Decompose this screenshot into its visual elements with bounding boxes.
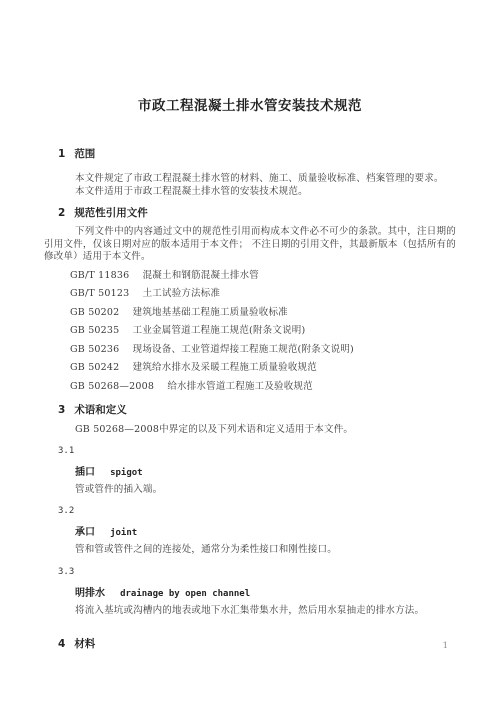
page-number: 1 bbox=[443, 641, 448, 651]
reference-title: 土工试验方法标准 bbox=[143, 288, 221, 301]
reference-item: GB 50268—2008 给水排水管道工程施工及验收规范 bbox=[44, 381, 456, 394]
document-page: 市政工程混凝土排水管安装技术规范 1 范围 本文件规定了市政工程混凝土排水管的材… bbox=[0, 0, 500, 707]
reference-item: GB 50242 建筑给水排水及采暖工程施工质量验收规范 bbox=[44, 362, 456, 375]
reference-code: GB 50235 bbox=[70, 325, 119, 338]
term-chinese: 插口 bbox=[75, 467, 95, 478]
reference-title: 现场设备、工业管道焊接工程施工规范(附条文说明) bbox=[133, 344, 354, 357]
reference-code: GB 50242 bbox=[70, 362, 119, 375]
term-clause-number: 3.2 bbox=[44, 505, 456, 517]
reference-list: GB/T 11836 混凝土和钢筋混凝土排水管 GB/T 50123 土工试验方… bbox=[44, 270, 456, 394]
reference-title: 建筑地基基础工程施工质量验收标准 bbox=[133, 307, 288, 320]
term-definition: 管和管或管件之间的连接处，通常分为柔性接口和刚性接口。 bbox=[44, 544, 456, 557]
reference-title: 建筑给水排水及采暖工程施工质量验收规范 bbox=[133, 362, 317, 375]
reference-item: GB 50202 建筑地基基础工程施工质量验收标准 bbox=[44, 307, 456, 320]
section-1-number: 1 bbox=[58, 147, 65, 161]
term-entry: 插口 spigot bbox=[44, 463, 456, 480]
section-3-number: 3 bbox=[58, 403, 65, 417]
section-2-heading: 2 规范性引用文件 bbox=[44, 206, 456, 220]
term-definition: 将流入基坑或沟槽内的地表或地下水汇集带集水井，然后用水泵抽走的排水方法。 bbox=[44, 605, 456, 618]
reference-code: GB/T 11836 bbox=[70, 270, 129, 283]
reference-item: GB 50236 现场设备、工业管道焊接工程施工规范(附条文说明) bbox=[44, 344, 456, 357]
section-3-heading: 3 术语和定义 bbox=[44, 403, 456, 417]
reference-code: GB/T 50123 bbox=[70, 288, 129, 301]
term-chinese: 承口 bbox=[75, 527, 95, 538]
reference-title: 给水排水管道工程施工及验收规范 bbox=[167, 381, 313, 394]
reference-item: GB/T 50123 土工试验方法标准 bbox=[44, 288, 456, 301]
terms-intro-paragraph: GB 50268—2008中界定的以及下列术语和定义适用于本文件。 bbox=[44, 424, 456, 437]
term-entry: 明排水 drainage by open channel bbox=[44, 584, 456, 601]
section-2-number: 2 bbox=[58, 206, 65, 220]
term-clause-number: 3.1 bbox=[44, 445, 456, 457]
reference-code: GB 50268—2008 bbox=[70, 381, 154, 394]
reference-title: 工业金属管道工程施工规范(附条文说明) bbox=[133, 325, 306, 338]
scope-paragraph-1: 本文件规定了市政工程混凝土排水管的材料、施工、质量验收标准、档案管理的要求。 bbox=[44, 173, 456, 186]
reference-code: GB 50202 bbox=[70, 307, 119, 320]
term-english: spigot bbox=[110, 468, 143, 478]
section-1-heading: 1 范围 bbox=[44, 147, 456, 161]
term-english: joint bbox=[110, 528, 137, 538]
term-definition: 管或管件的插入端。 bbox=[44, 484, 456, 497]
scope-paragraph-2: 本文件适用于市政工程混凝土排水管的安装技术规范。 bbox=[44, 186, 456, 199]
section-3-title: 术语和定义 bbox=[74, 403, 127, 417]
section-1-title: 范围 bbox=[74, 147, 95, 161]
term-clause-number: 3.3 bbox=[44, 566, 456, 578]
section-4-number: 4 bbox=[58, 637, 65, 651]
term-english: drainage by open channel bbox=[120, 589, 250, 599]
section-4-title: 材料 bbox=[74, 637, 95, 651]
references-intro-paragraph: 下列文件中的内容通过文中的规范性引用而构成本文件必不可少的条款。其中，注日期的引… bbox=[44, 226, 456, 264]
term-entry: 承口 joint bbox=[44, 523, 456, 540]
reference-code: GB 50236 bbox=[70, 344, 119, 357]
document-title: 市政工程混凝土排水管安装技术规范 bbox=[44, 0, 456, 116]
reference-item: GB/T 11836 混凝土和钢筋混凝土排水管 bbox=[44, 270, 456, 283]
reference-item: GB 50235 工业金属管道工程施工规范(附条文说明) bbox=[44, 325, 456, 338]
reference-title: 混凝土和钢筋混凝土排水管 bbox=[143, 270, 259, 283]
term-chinese: 明排水 bbox=[75, 588, 105, 599]
section-2-title: 规范性引用文件 bbox=[74, 206, 148, 220]
section-4-heading: 4 材料 bbox=[44, 637, 456, 651]
